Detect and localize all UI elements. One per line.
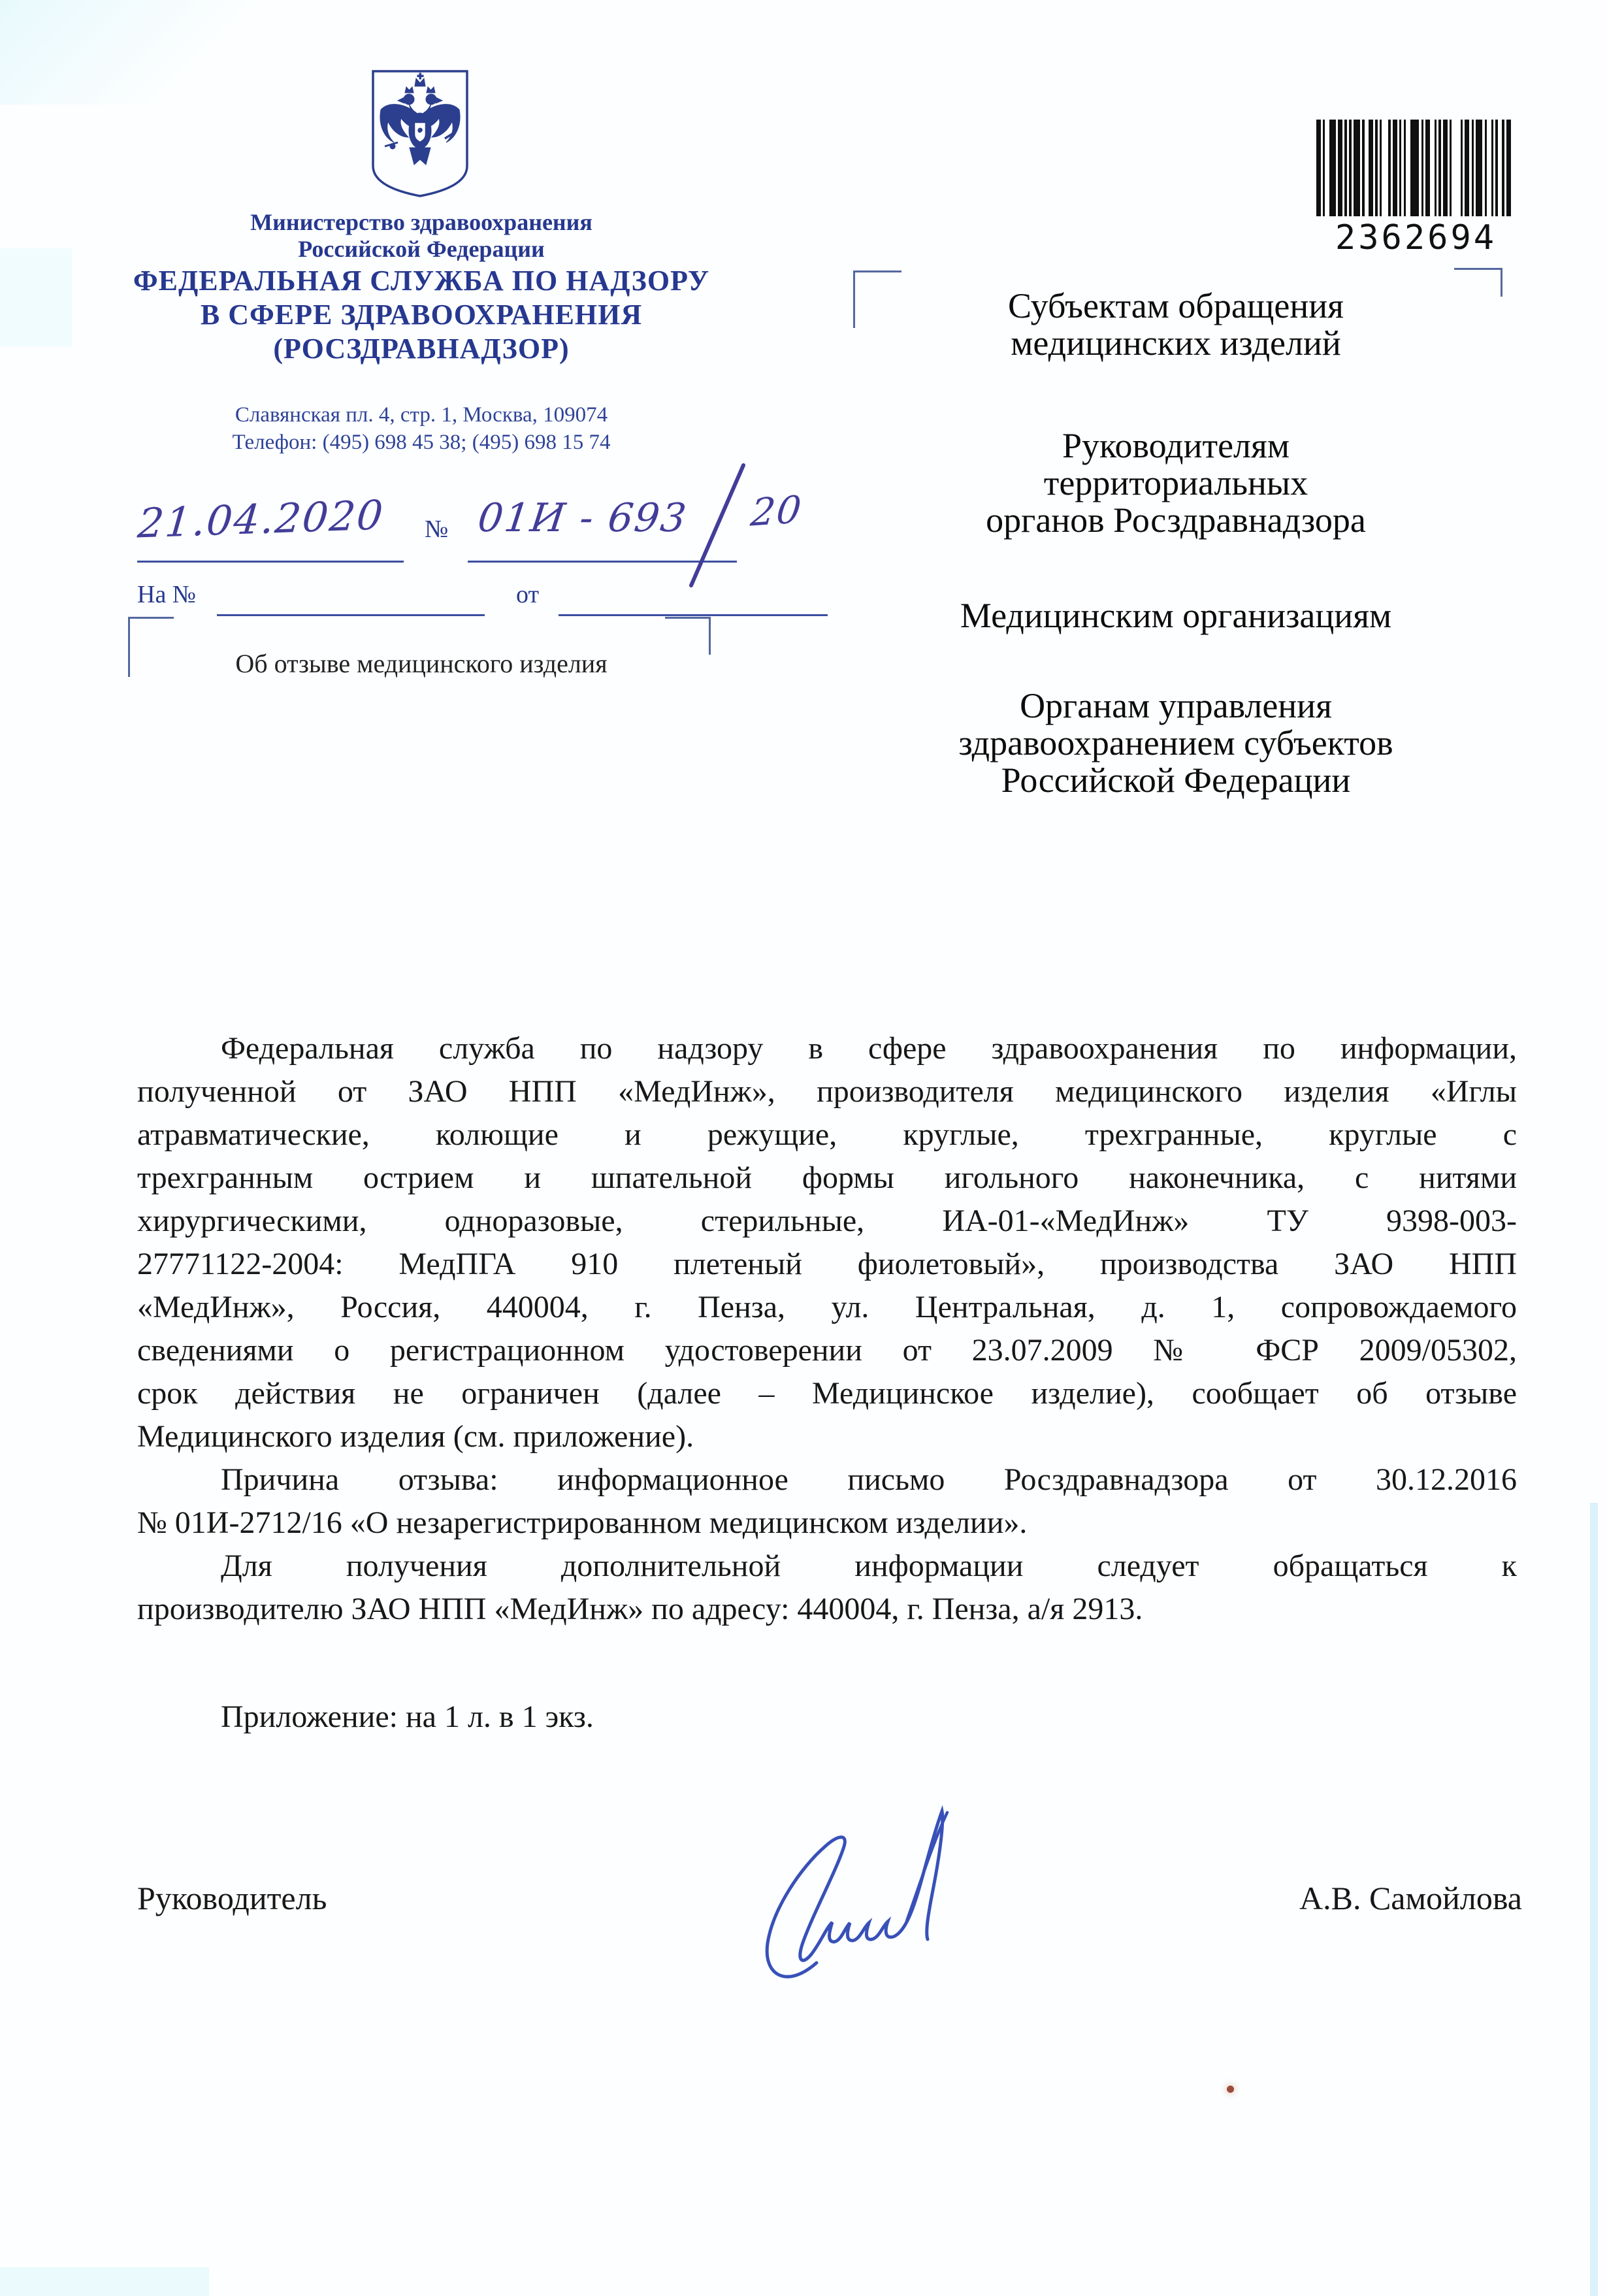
- service-name-line3: (РОСЗДРАВНАДЗОР): [131, 332, 712, 366]
- recipient-line: органов Росздравнадзора: [843, 502, 1509, 539]
- recipient-line: Органам управления: [843, 687, 1509, 725]
- letter-body: Федеральная служба по надзору в сфере зд…: [137, 1027, 1517, 1631]
- service-address: Славянская пл. 4, стр. 1, Москва, 109074…: [144, 401, 699, 456]
- scan-artifact-bottom-left: [0, 2267, 209, 2296]
- subject-corner-right-h: [665, 617, 711, 619]
- body-line: 27771122-2004: МедПГА 910 плетеный фиоле…: [137, 1243, 1517, 1286]
- body-line: трехгранным острием и шпательной формы и…: [137, 1156, 1517, 1200]
- scanned-letter-page: Министерство здравоохранения Российской …: [0, 0, 1607, 2296]
- recipient-line: Медицинским организациям: [843, 597, 1509, 634]
- recipient-line: Субъектам обращения: [843, 287, 1509, 325]
- body-line: Причина отзыва: информационное письмо Ро…: [137, 1458, 1517, 1501]
- recipient-line: медицинских изделий: [843, 325, 1509, 362]
- attachment-note: Приложение: на 1 л. в 1 экз.: [221, 1699, 594, 1735]
- barcode-number: 2362694: [1316, 218, 1516, 257]
- recipients-corner-left-h: [853, 271, 901, 272]
- body-line: срок действия не ограничен (далее – Меди…: [137, 1372, 1517, 1415]
- handwritten-number-suffix: 20: [749, 487, 805, 534]
- service-phone-line: Телефон: (495) 698 45 38; (495) 698 15 7…: [144, 429, 699, 456]
- body-line: Медицинского изделия (см. приложение).: [137, 1415, 1517, 1458]
- recipient-health-authorities: Органам управления здравоохранением субъ…: [843, 687, 1509, 799]
- recipients-corner-right-h: [1454, 268, 1502, 270]
- handwritten-outgoing-number: 01И - 693: [476, 495, 690, 541]
- ministry-name: Министерство здравоохранения Российской …: [144, 209, 699, 263]
- scan-artifact-ink-dot: [1227, 2086, 1234, 2093]
- scan-artifact-left-mid: [0, 248, 72, 346]
- service-name-line1: ФЕДЕРАЛЬНАЯ СЛУЖБА ПО НАДЗОРУ: [131, 264, 712, 298]
- body-line: «МедИнж», Россия, 440004, г. Пенза, ул. …: [137, 1286, 1517, 1329]
- recipient-line: территориальных: [843, 465, 1509, 502]
- ministry-name-line1: Министерство здравоохранения: [144, 209, 699, 236]
- subject-corner-left-v: [128, 617, 130, 677]
- signature-scribble: [738, 1793, 1032, 2002]
- date-underline: [137, 561, 404, 563]
- subject-corner-right-v: [709, 617, 711, 655]
- signer-name: А.В. Самойлова: [1228, 1879, 1522, 1917]
- coat-of-arms-icon: [368, 69, 472, 199]
- body-line: сведениями о регистрационном удостоверен…: [137, 1329, 1517, 1372]
- recipient-line: здравоохранением субъектов: [843, 725, 1509, 762]
- service-address-line: Славянская пл. 4, стр. 1, Москва, 109074: [144, 401, 699, 429]
- handwritten-slash: [687, 463, 747, 588]
- service-name: ФЕДЕРАЛЬНАЯ СЛУЖБА ПО НАДЗОРУ В СФЕРЕ ЗД…: [131, 264, 712, 366]
- scan-artifact-top-left: [0, 0, 255, 105]
- recipient-territorial-heads: Руководителям территориальных органов Ро…: [843, 427, 1509, 539]
- recipient-line: Руководителям: [843, 427, 1509, 465]
- body-line: Для получения дополнительной информации …: [137, 1545, 1517, 1588]
- in-reply-number-underline: [217, 614, 485, 616]
- in-reply-from-label: от: [516, 580, 539, 609]
- service-name-line2: В СФЕРЕ ЗДРАВООХРАНЕНИЯ: [131, 298, 712, 332]
- body-line: производителю ЗАО НПП «МедИнж» по адресу…: [137, 1588, 1517, 1631]
- registration-barcode: [1316, 120, 1516, 216]
- ministry-name-line2: Российской Федерации: [144, 236, 699, 263]
- number-sign-label: №: [425, 515, 448, 544]
- body-line: хирургическими, одноразовые, стерильные,…: [137, 1200, 1517, 1243]
- in-reply-date-underline: [559, 614, 828, 616]
- recipient-subjects-of-circulation: Субъектам обращения медицинских изделий: [843, 287, 1509, 362]
- subject-line: Об отзыве медицинского изделия: [157, 648, 686, 679]
- recipient-line: Российской Федерации: [843, 762, 1509, 799]
- body-line: атравматические, колющие и режущие, круг…: [137, 1113, 1517, 1156]
- subject-corner-left-h: [128, 617, 174, 619]
- body-line: № 01И-2712/16 «О незарегистрированном ме…: [137, 1501, 1517, 1545]
- signer-title: Руководитель: [137, 1879, 327, 1917]
- body-line: полученной от ЗАО НПП «МедИнж», производ…: [137, 1070, 1517, 1113]
- scan-artifact-right-strip: [1590, 1503, 1598, 2296]
- in-reply-to-label: На №: [137, 580, 196, 609]
- handwritten-date: 21.04.2020: [136, 491, 386, 547]
- body-line: Федеральная служба по надзору в сфере зд…: [137, 1027, 1517, 1070]
- recipient-medical-organizations: Медицинским организациям: [843, 597, 1509, 634]
